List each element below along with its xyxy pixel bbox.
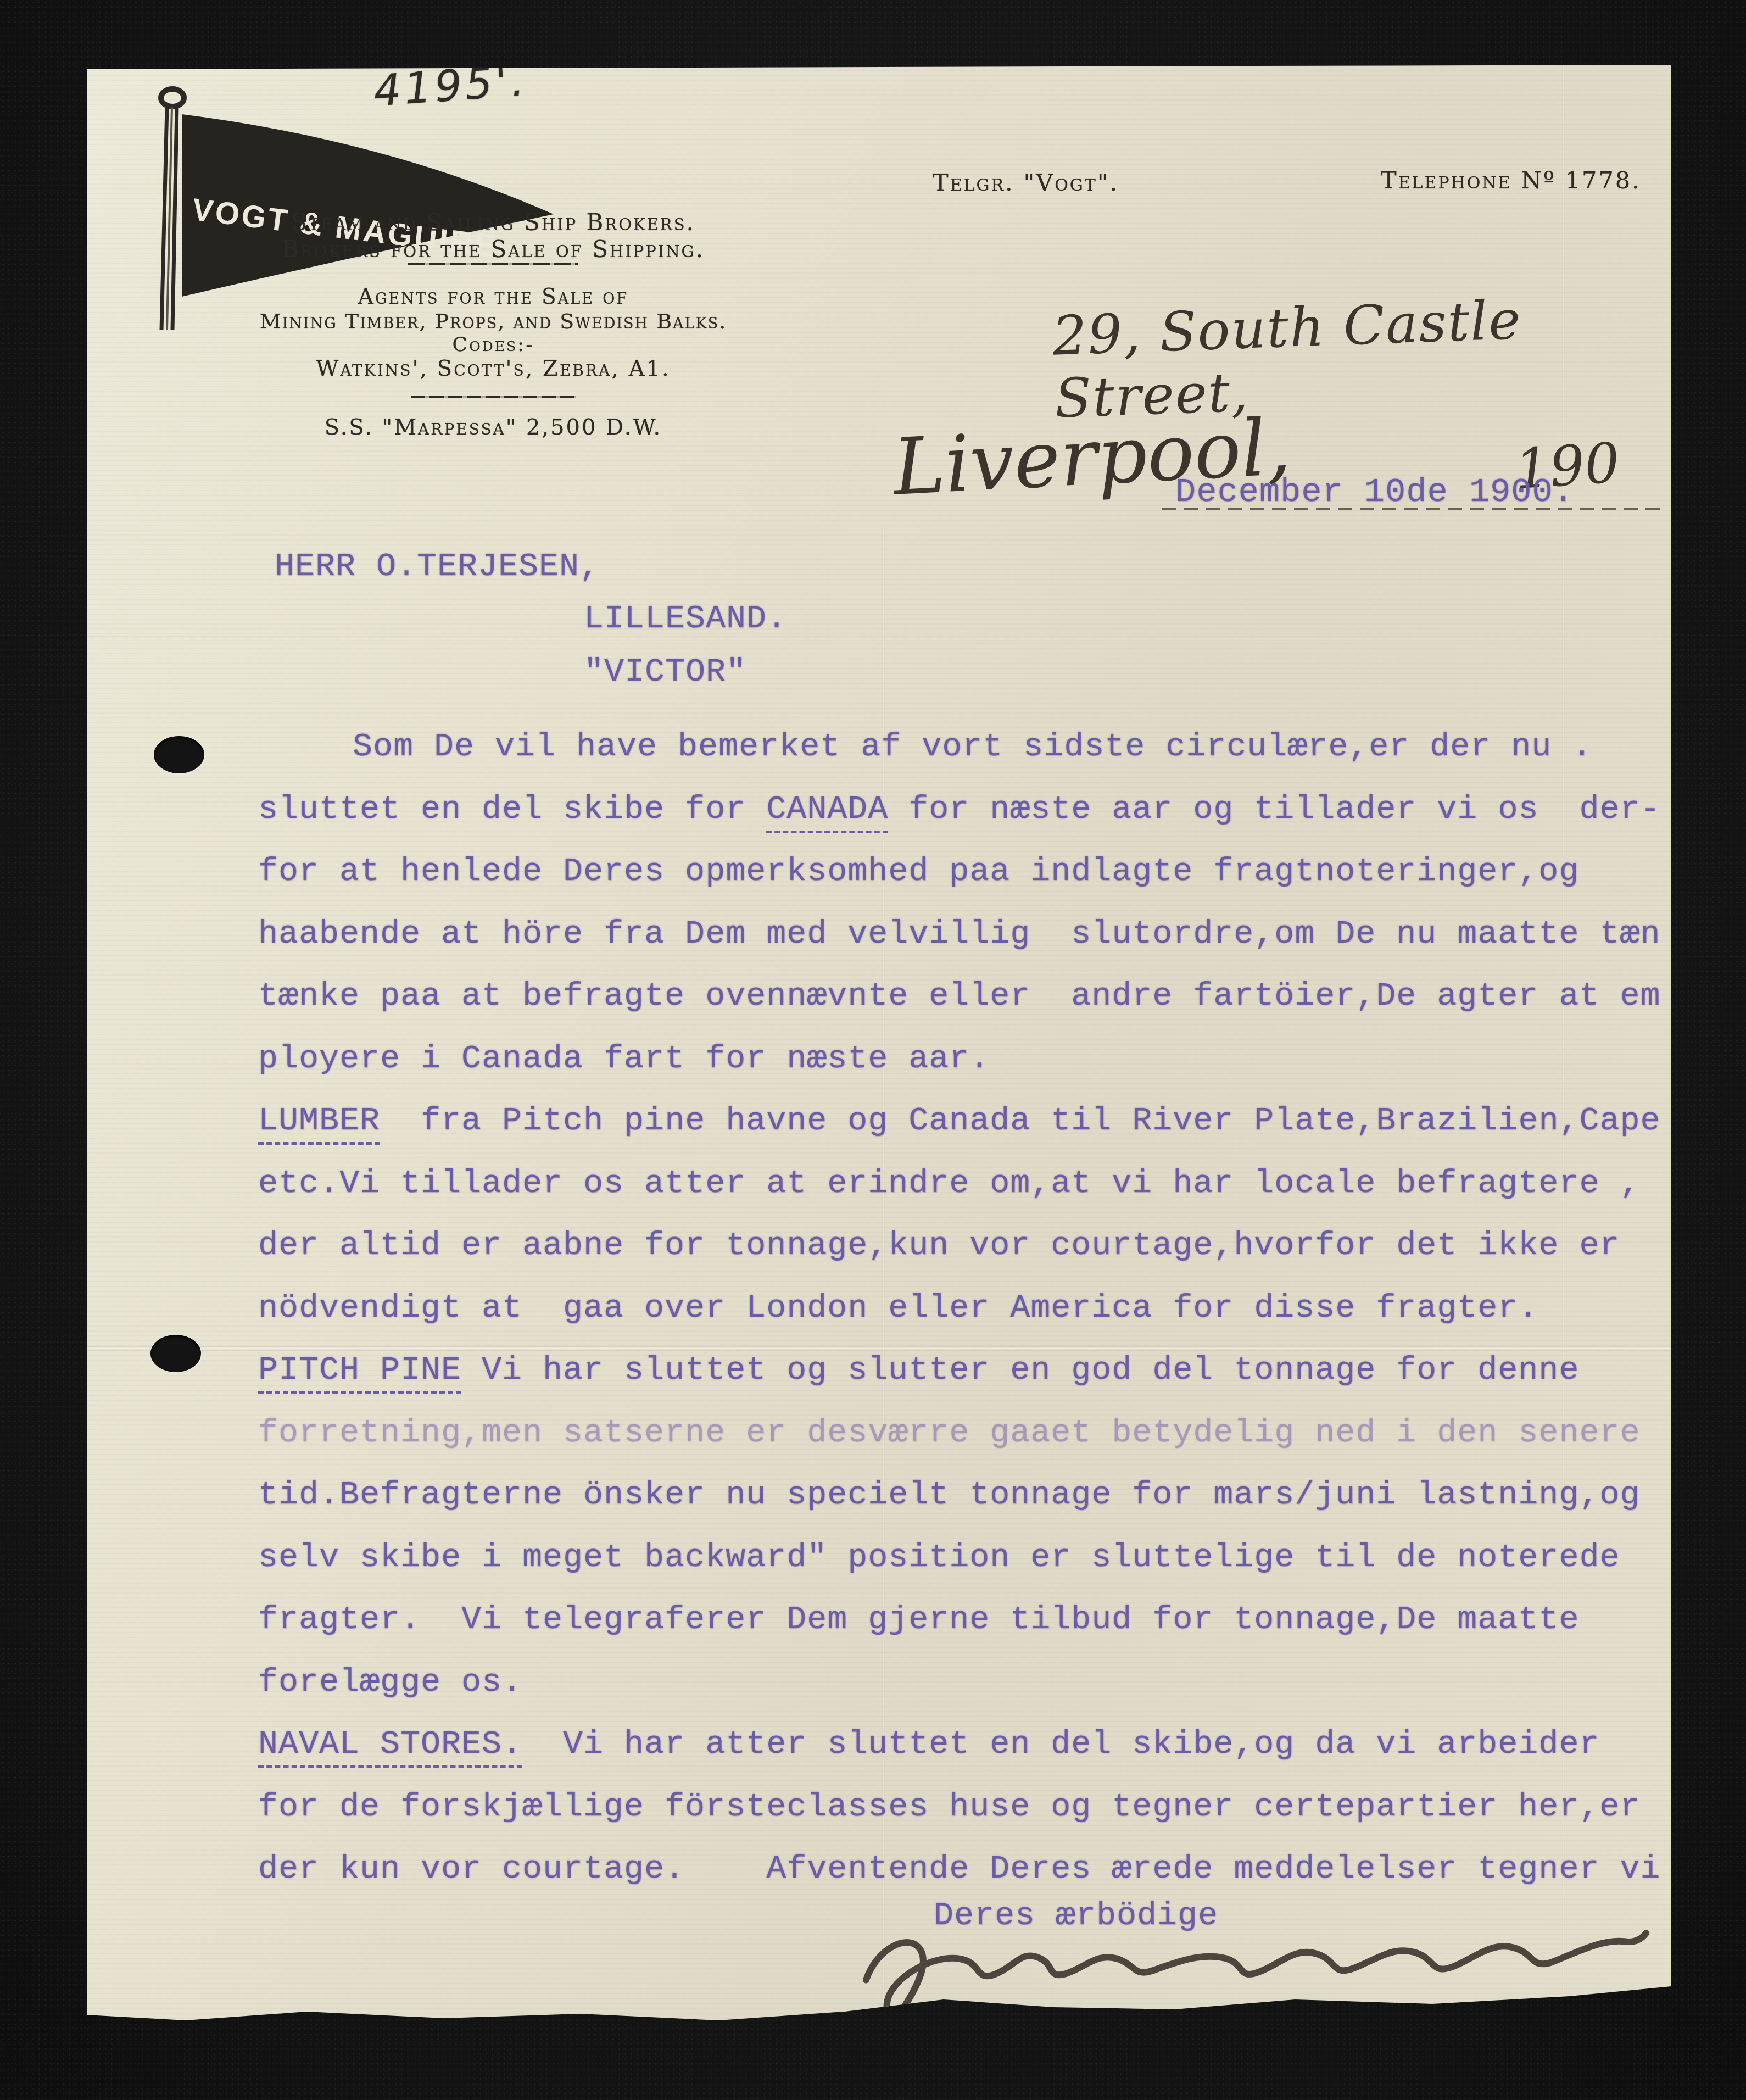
- letter-line: forelægge os.: [258, 1652, 1686, 1714]
- letter-line: NAVAL STORES. Vi har atter sluttet en de…: [258, 1714, 1686, 1776]
- letterhead-line: Codes:-: [169, 333, 817, 356]
- signature-scrawl: [847, 1877, 1658, 2035]
- street-address: 29, South Castle Street,: [1051, 283, 1673, 430]
- letter-line: tid.Befragterne önsker nu specielt tonna…: [258, 1464, 1686, 1527]
- flagpole: [161, 107, 167, 330]
- letter-line: for at henlede Deres opmerksomhed paa in…: [258, 841, 1686, 904]
- punch-hole: [150, 1335, 201, 1372]
- underlined-heading: CANADA: [766, 791, 888, 833]
- letter-page: 4195'. VOGT & MAGUIRE Steam and Sailing …: [87, 65, 1671, 2034]
- recipient-ship-name: "VICTOR": [584, 654, 746, 691]
- letter-line: nödvendigt at gaa over London eller Amer…: [258, 1278, 1686, 1340]
- letter-line: Som De vil have bemerket af vort sidste …: [258, 716, 1686, 779]
- telephone-number: Telephone Nº 1778.: [1381, 167, 1641, 194]
- letterhead-line: Watkins', Scott's, Zebra, A1.: [169, 356, 817, 381]
- letterhead-left-column: Steam and Sailing Ship Brokers. Brokers …: [169, 209, 817, 440]
- punch-hole: [154, 736, 204, 773]
- letter-line: etc.Vi tillader os atter at erindre om,a…: [258, 1153, 1686, 1216]
- flagpole-finial-icon: [161, 89, 184, 107]
- underlined-heading: NAVAL STORES.: [258, 1726, 522, 1768]
- letter-line: for de forskjællige försteclasses huse o…: [258, 1776, 1686, 1839]
- letter-line: forretning,men satserne er desværre gaae…: [258, 1402, 1686, 1465]
- letter-line: selv skibe i meget backward" position er…: [258, 1527, 1686, 1590]
- typed-date: December 10de 1900.: [1175, 472, 1574, 511]
- underlined-heading: LUMBER: [258, 1102, 380, 1145]
- telegraph-address: Telgr. "Vogt".: [933, 169, 1119, 197]
- letter-line: ployere i Canada fart for næste aar.: [258, 1028, 1686, 1091]
- letter-line: PITCH PINE Vi har sluttet og slutter en …: [258, 1340, 1686, 1402]
- letterhead-divider: [408, 263, 578, 265]
- underlined-heading: PITCH PINE: [258, 1352, 461, 1394]
- letterhead-line: Agents for the Sale of: [169, 285, 817, 309]
- letterhead-line: Mining Timber, Props, and Swedish Balks.: [169, 309, 817, 333]
- letter-body: Som De vil have bemerket af vort sidste …: [258, 716, 1686, 1901]
- fold-crease-upper: [87, 636, 1671, 641]
- scan-background: 4195'. VOGT & MAGUIRE Steam and Sailing …: [0, 0, 1746, 2100]
- letter-line: tænke paa at befragte ovennævnte eller a…: [258, 966, 1686, 1028]
- letter-line: LUMBER fra Pitch pine havne og Canada ti…: [258, 1090, 1686, 1153]
- letterhead-ship-line: S.S. "Marpessa" 2,500 D.W.: [169, 415, 817, 440]
- letter-line: haabende at höre fra Dem med velvillig s…: [258, 904, 1686, 966]
- recipient-name: HERR O.TERJESEN,: [275, 548, 600, 586]
- recipient-town: LILLESAND.: [584, 600, 787, 638]
- letterhead-divider: [411, 396, 576, 398]
- letter-line: der altid er aabne for tonnage,kun vor c…: [258, 1215, 1686, 1278]
- letter-line: fragter. Vi telegraferer Dem gjerne tilb…: [258, 1589, 1686, 1652]
- letterhead-line: Steam and Sailing Ship Brokers.: [169, 209, 817, 236]
- letterhead-line: Brokers for the Sale of Shipping.: [169, 236, 817, 263]
- letter-line: sluttet en del skibe for CANADA for næst…: [258, 779, 1686, 842]
